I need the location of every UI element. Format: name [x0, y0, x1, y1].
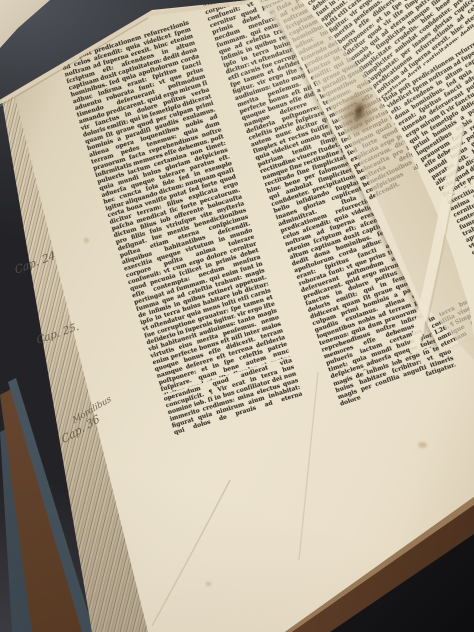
photo-open-incunable-book: Liber ſtola poſt predicationem reſurrect… — [0, 0, 474, 632]
page-edge-highlights — [0, 0, 474, 632]
